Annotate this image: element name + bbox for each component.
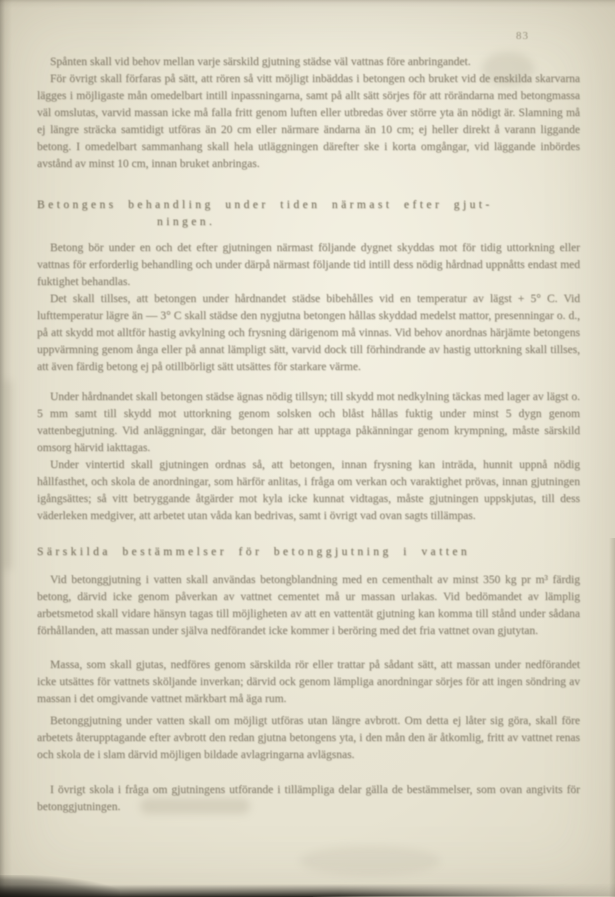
- section-heading-underwater-casting: Särskilda bestämmelser för betonggjutnin…: [37, 544, 580, 561]
- paragraph-cement-content-underwater: Vid betonggjutning i vatten skall använd…: [37, 572, 580, 640]
- paper-smudge: [2, 380, 12, 570]
- scanned-page: 83 Spånten skall vid behov mellan varje …: [0, 0, 615, 897]
- paragraph-closing-reference: I övrigt skola i fråga om gjutningens ut…: [37, 782, 580, 816]
- section-heading-treatment-after-casting-line2: ningen.: [157, 214, 215, 231]
- paragraph-interruption-rules: Betonggjutning under vatten skall om möj…: [37, 713, 580, 764]
- paragraph-winter-casting: Under vintertid skall gjutningen ordnas …: [37, 457, 580, 525]
- paragraph-temperature-rules: Det skall tillses, att betongen under hå…: [37, 291, 580, 376]
- paragraph-moisture-protection: Betong bör under en och det efter gjutni…: [37, 240, 580, 291]
- paragraph-watering-before-placement: Spånten skall vid behov mellan varje sär…: [37, 54, 580, 71]
- paragraph-pipe-embedding-rules: För övrigt skall förfaras på sätt, att r…: [37, 71, 580, 173]
- paragraph-tremie-placement: Massa, som skall gjutas, nedföres genom …: [37, 657, 580, 708]
- scan-edge-right-shadow: [609, 538, 615, 897]
- text-layer: Spånten skall vid behov mellan varje sär…: [37, 0, 580, 897]
- paragraph-curing-care: Under hårdnandet skall betongen städse ä…: [37, 389, 580, 457]
- section-heading-treatment-after-casting-line1: Betongens behandling under tiden närmast…: [37, 197, 580, 214]
- scan-corner-shadow: [0, 875, 120, 897]
